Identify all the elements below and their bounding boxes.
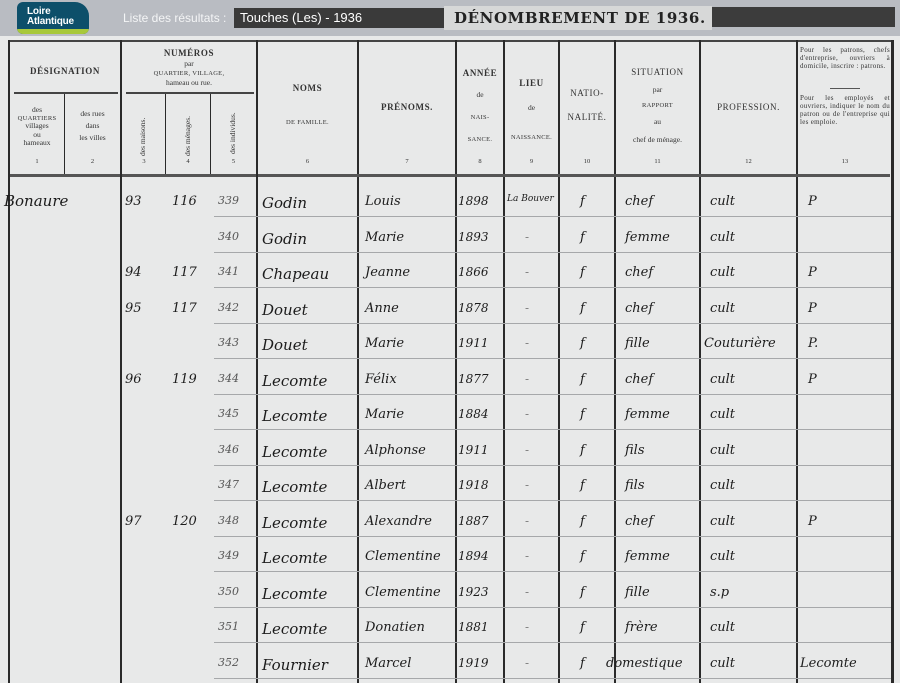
cell-annee: 1884: [458, 407, 489, 421]
header-col2-number: 2: [65, 158, 120, 165]
header-col11-l4: au: [616, 118, 699, 127]
row-rule: [214, 465, 891, 466]
cell-individu: 340: [218, 230, 239, 243]
header-bottom-rule: [122, 174, 256, 177]
cell-profession: cult: [710, 372, 735, 387]
cell-prenom: Albert: [365, 478, 406, 493]
header-col2-line: des rues: [65, 108, 120, 120]
results-list-label[interactable]: Liste des résultats :: [123, 11, 226, 25]
census-sheet[interactable]: DÉSIGNATION des QUARTIERS villages ou ha…: [0, 36, 900, 683]
header-numeros-sub1: par: [122, 60, 256, 69]
cell-annee: 1911: [458, 336, 489, 350]
cell-individu: 351: [218, 620, 239, 633]
cell-lieu: -: [525, 656, 529, 670]
cell-prenom: Clementine: [365, 549, 441, 564]
cell-prenom: Alexandre: [365, 514, 432, 529]
header-col7-number: 7: [359, 158, 455, 165]
cell-nom: Lecomte: [262, 443, 327, 461]
cell-annee: 1878: [458, 301, 489, 315]
cell-annee: 1887: [458, 514, 489, 528]
cell-patron: P: [808, 372, 817, 387]
cell-nom: Lecomte: [262, 372, 327, 390]
header-col10-l1: NATIO-: [560, 88, 614, 98]
cell-profession: cult: [710, 549, 735, 564]
logo-line-2: Atlantique: [27, 17, 74, 27]
header-col13-number: 13: [800, 158, 890, 165]
cell-situation: chef: [625, 372, 653, 387]
cell-prenom: Marcel: [365, 656, 411, 671]
cell-profession: cult: [710, 514, 735, 529]
row-rule: [214, 287, 891, 288]
header-col1-number: 1: [10, 158, 64, 165]
cell-patron: Lecomte: [800, 656, 857, 671]
title-dark-strip: [712, 7, 895, 27]
cell-annee: 1918: [458, 478, 489, 492]
cell-individu: 347: [218, 478, 239, 491]
cell-nat: f: [580, 265, 585, 280]
cell-prenom: Clementine: [365, 585, 441, 600]
cell-maison: 95: [125, 301, 142, 316]
header-col8-l3: NAIS-: [457, 114, 503, 121]
cell-profession: cult: [710, 230, 735, 245]
header-col9-l1: LIEU: [505, 78, 558, 88]
cell-individu: 344: [218, 372, 239, 385]
cell-maison: 96: [125, 372, 142, 387]
cell-nom: Lecomte: [262, 549, 327, 567]
cell-annee: 1898: [458, 194, 489, 208]
cell-individu: 341: [218, 265, 239, 278]
header-col9-l3: NAISSANCE.: [505, 134, 558, 141]
header-col12-number: 12: [701, 158, 796, 165]
cell-patron: P: [808, 301, 817, 316]
cell-lieu: -: [525, 514, 529, 528]
cell-nat: f: [580, 372, 585, 387]
header-col4: des ménages.: [183, 116, 192, 156]
col-divider: [357, 40, 359, 683]
cell-individu: 339: [218, 194, 239, 207]
header-bottom-rule: [10, 174, 120, 177]
cell-nat: f: [580, 443, 585, 458]
cell-individu: 350: [218, 585, 239, 598]
header-col6-sub: DE FAMILLE.: [258, 119, 357, 126]
cell-annee: 1881: [458, 620, 489, 634]
header-top-rule: [8, 40, 894, 42]
header-col7-title: PRÉNOMS.: [359, 102, 455, 112]
header-col11-l2: par: [616, 86, 699, 95]
cell-prenom: Marie: [365, 407, 404, 422]
cell-profession: cult: [710, 620, 735, 635]
row-rule: [214, 500, 891, 501]
cell-annee: 1923: [458, 585, 489, 599]
header-col11-l5: chef de ménage.: [616, 136, 699, 145]
header-col4-number: 4: [166, 158, 210, 165]
row-rule: [214, 642, 891, 643]
header-col11-number: 11: [616, 158, 699, 165]
cell-maison: 97: [125, 514, 142, 529]
header-col3-number: 3: [122, 158, 166, 165]
cell-individu: 348: [218, 514, 239, 527]
cell-lieu: -: [525, 407, 529, 421]
cell-nom: Lecomte: [262, 407, 327, 425]
locality-name: Bonaure: [4, 192, 68, 210]
header-col8-l2: de: [457, 91, 503, 100]
header-col13-separator: [830, 88, 860, 89]
cell-maison: 94: [125, 265, 142, 280]
cell-nom: Lecomte: [262, 620, 327, 638]
cell-individu: 349: [218, 549, 239, 562]
cell-lieu: -: [525, 336, 529, 350]
header-col2-line: dans: [65, 120, 120, 132]
top-bar: Loire Atlantique Liste des résultats : T…: [0, 0, 900, 36]
cell-nom: Chapeau: [262, 265, 329, 283]
header-col1-line: des: [10, 106, 64, 115]
logo-swoosh-icon: [17, 29, 89, 34]
header-col6-title: NOMS: [258, 83, 357, 93]
cell-nat: f: [580, 407, 585, 422]
cell-nat: f: [580, 585, 585, 600]
cell-nom: Lecomte: [262, 514, 327, 532]
cell-individu: 345: [218, 407, 239, 420]
header-brace: [14, 92, 118, 94]
row-rule: [214, 607, 891, 608]
cell-nom: Douet: [262, 301, 308, 319]
header-col10-number: 10: [560, 158, 614, 165]
cell-situation: femme: [625, 230, 670, 245]
cell-menage: 116: [172, 194, 197, 209]
header-col9-l2: de: [505, 104, 558, 113]
cell-prenom: Félix: [365, 372, 397, 387]
cell-prenom: Donatien: [365, 620, 425, 635]
header-col10-l2: NALITÉ.: [560, 112, 614, 122]
cell-lieu: -: [525, 372, 529, 386]
cell-situation: frère: [625, 620, 658, 635]
header-col9-number: 9: [505, 158, 558, 165]
cell-annee: 1894: [458, 549, 489, 563]
document-title: DÉNOMBREMENT DE 1936.: [444, 6, 712, 30]
row-rule: [214, 536, 891, 537]
cell-lieu: -: [525, 230, 529, 244]
results-selection-field[interactable]: Touches (Les) - 1936: [234, 8, 444, 28]
cell-annee: 1866: [458, 265, 489, 279]
cell-nom: Lecomte: [262, 585, 327, 603]
cell-prenom: Jeanne: [365, 265, 410, 280]
cell-patron: P.: [808, 336, 818, 351]
cell-individu: 346: [218, 443, 239, 456]
cell-prenom: Marie: [365, 336, 404, 351]
cell-nat: f: [580, 301, 585, 316]
row-rule: [214, 678, 891, 679]
cell-nom: Godin: [262, 194, 307, 212]
cell-prenom: Marie: [365, 230, 404, 245]
cell-situation: femme: [625, 549, 670, 564]
cell-individu: 343: [218, 336, 239, 349]
header-numeros-sub3: hameau ou rue.: [122, 79, 256, 88]
row-rule: [214, 571, 891, 572]
cell-profession: cult: [710, 656, 735, 671]
cell-nat: f: [580, 336, 585, 351]
row-rule: [214, 358, 891, 359]
loire-atlantique-logo[interactable]: Loire Atlantique: [17, 2, 89, 34]
row-rule: [214, 252, 891, 253]
header-col5-number: 5: [211, 158, 256, 165]
header-col11-l3: RAPPORT: [616, 102, 699, 109]
col-divider: [699, 40, 701, 683]
cell-nat: f: [580, 549, 585, 564]
cell-situation: chef: [625, 194, 653, 209]
cell-situation: chef: [625, 301, 653, 316]
cell-nom: Douet: [262, 336, 308, 354]
col-divider: [891, 40, 894, 683]
header-col8-l1: ANNÉE: [457, 68, 503, 78]
cell-situation: femme: [625, 407, 670, 422]
cell-maison: 93: [125, 194, 142, 209]
cell-situation: fille: [625, 336, 650, 351]
col-divider: [120, 40, 122, 683]
cell-lieu: -: [525, 443, 529, 457]
header-col12-title: PROFESSION.: [701, 102, 796, 112]
cell-nat: f: [580, 514, 585, 529]
cell-individu: 342: [218, 301, 239, 314]
cell-profession: cult: [710, 407, 735, 422]
header-col3: des maisons.: [138, 118, 147, 156]
cell-annee: 1911: [458, 443, 489, 457]
cell-patron: P: [808, 194, 817, 209]
header-col1-line: hameaux: [10, 139, 64, 148]
cell-profession: cult: [710, 265, 735, 280]
col-divider: [558, 40, 560, 683]
cell-situation: chef: [625, 265, 653, 280]
cell-annee: 1877: [458, 372, 489, 386]
header-col11-l1: SITUATION: [616, 67, 699, 77]
cell-menage: 120: [172, 514, 197, 529]
cell-situation: domestique: [606, 656, 683, 671]
cell-patron: P: [808, 514, 817, 529]
header-col13-patrons: Pour les patrons, chefs d'entreprise, ou…: [800, 46, 890, 70]
cell-prenom: Louis: [365, 194, 401, 209]
cell-individu: 352: [218, 656, 239, 669]
cell-lieu: -: [525, 585, 529, 599]
cell-menage: 117: [172, 265, 197, 280]
row-rule: [214, 323, 891, 324]
cell-nom: Lecomte: [262, 478, 327, 496]
header-col6-number: 6: [258, 158, 357, 165]
cell-lieu: La Bouver: [507, 194, 554, 204]
cell-lieu: -: [525, 301, 529, 315]
row-rule: [214, 394, 891, 395]
cell-annee: 1893: [458, 230, 489, 244]
cell-lieu: -: [525, 549, 529, 563]
cell-profession: cult: [710, 478, 735, 493]
cell-prenom: Anne: [365, 301, 399, 316]
row-rule: [214, 216, 891, 217]
cell-situation: chef: [625, 514, 653, 529]
cell-menage: 117: [172, 301, 197, 316]
cell-nat: f: [580, 230, 585, 245]
cell-situation: fils: [625, 443, 645, 458]
cell-profession: cult: [710, 301, 735, 316]
cell-lieu: -: [525, 265, 529, 279]
cell-situation: fille: [625, 585, 650, 600]
cell-nom: Fournier: [262, 656, 328, 674]
header-brace: [126, 92, 254, 94]
header-col2: des rues dans les villes: [65, 108, 120, 144]
col-divider: [256, 40, 258, 683]
cell-situation: fils: [625, 478, 645, 493]
header-numeros: NUMÉROS: [122, 48, 256, 58]
cell-nat: f: [580, 478, 585, 493]
header-col8-l4: SANCE.: [457, 136, 503, 143]
header-col2-line: les villes: [65, 132, 120, 144]
header-numeros-sub2: QUARTIER, VILLAGE,: [122, 70, 256, 77]
cell-patron: P: [808, 265, 817, 280]
cell-profession: Couturière: [704, 336, 776, 351]
cell-nom: Godin: [262, 230, 307, 248]
cell-lieu: -: [525, 620, 529, 634]
cell-annee: 1919: [458, 656, 489, 670]
cell-nat: f: [580, 656, 585, 671]
col-divider: [796, 40, 798, 683]
header-designation: DÉSIGNATION: [10, 66, 120, 76]
header-col1: des QUARTIERS villages ou hameaux: [10, 106, 64, 148]
header-col5: des individus.: [228, 112, 237, 154]
cell-profession: s.p: [710, 585, 729, 600]
cell-menage: 119: [172, 372, 197, 387]
cell-nat: f: [580, 620, 585, 635]
row-rule: [214, 429, 891, 430]
cell-prenom: Alphonse: [365, 443, 426, 458]
cell-nat: f: [580, 194, 585, 209]
header-col8-number: 8: [457, 158, 503, 165]
header-col13-employes: Pour les employés et ouvriers, indiquer …: [800, 94, 890, 126]
cell-lieu: -: [525, 478, 529, 492]
cell-profession: cult: [710, 443, 735, 458]
header-bottom-rule: [258, 174, 890, 177]
cell-profession: cult: [710, 194, 735, 209]
